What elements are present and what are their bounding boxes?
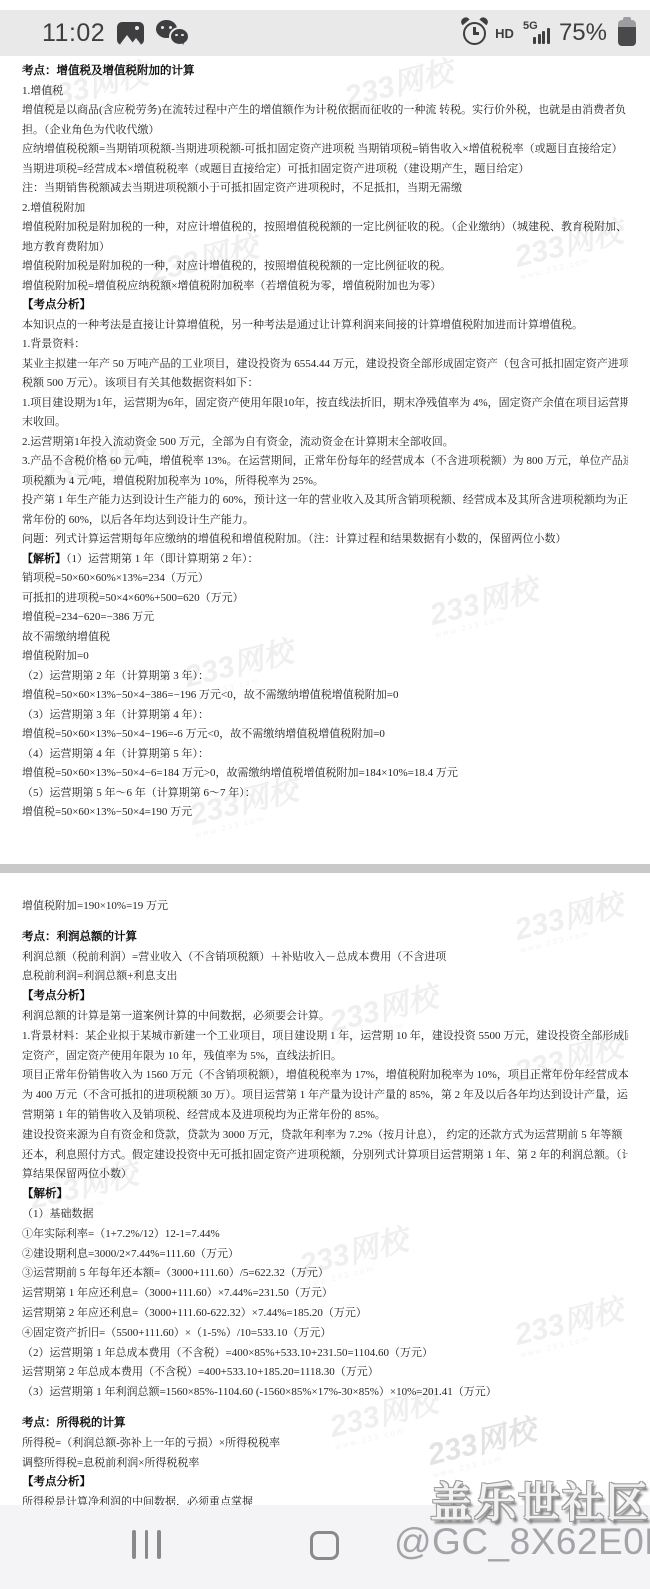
doc-line: 增值税附加税=增值税应纳税额×增值税附加税率（若增值税为零，增值税附加也为零） [22, 277, 628, 297]
doc-line: 项税额为 4 元/吨，增值税附加税率为 10%，所得税率为 25%。 [22, 472, 628, 492]
recents-button[interactable] [132, 1530, 161, 1559]
doc-line: 增值税=50×60×13%−50×4=190 万元 [22, 803, 628, 823]
doc-line: ④固定资产折旧=（5500+111.60）×（1-5%）/10=533.10（万… [22, 1324, 628, 1344]
doc-line: 1.增值税 [22, 82, 628, 102]
doc-line: 建设投资来源为自有资金和贷款，贷款为 3000 万元，贷款年利率为 7.2%（按… [22, 1126, 628, 1146]
doc-line: 2.增值税附加 [22, 199, 628, 219]
alarm-icon [463, 22, 486, 45]
battery-icon [618, 20, 636, 46]
doc-line: 项目正常年份销售收入为 1560 万元（不含销项税额），增值税税率为 17%，增… [22, 1066, 628, 1086]
doc-line: 增值税附加税是附加税的一种，对应计增值税的，按照增值税税额的一定比例征收的税。 [22, 257, 628, 277]
doc-line: 当期进项税=经营成本×增值税税率（或题目直接给定）可抵扣固定资产进项税（建设期产… [22, 160, 628, 180]
doc-line: 考点：增值税及增值税附加的计算 [22, 62, 628, 82]
doc-line: 所得税=（利润总额-弥补上一年的亏损）×所得税税率 [22, 1434, 628, 1454]
doc-line: 可抵扣的进项税=50×4×60%+500=620（万元） [22, 589, 628, 609]
doc-line: 增值税=50×60×13%−50×4−196=-6 万元<0，故不需缴纳增值税增… [22, 725, 628, 745]
doc-line: ①年实际利率=（1+7.2%/12）12-1=7.44% [22, 1225, 628, 1245]
wechat-notification-icon [156, 20, 190, 47]
doc-line: 某业主拟建一年产 50 万吨产品的工业项目，建设投资为 6554.44 万元，建… [22, 355, 628, 375]
signal-5g-icon: 5G [523, 20, 550, 47]
doc-line: 3.产品不含税价格 60 元/吨，增值税率 13%。在运营期间，正常年份每年的经… [22, 452, 628, 472]
doc-line: 常年份的 60%，以后各年均达到设计生产能力。 [22, 511, 628, 531]
doc-line: 问题：列式计算运营期每年应缴纳的增值税和增值税附加。（注：计算过程和结果数据有小… [22, 530, 628, 550]
doc-line: 增值税附加=0 [22, 647, 628, 667]
doc-line: 增值税=234−620=−386 万元 [22, 608, 628, 628]
doc-line: （1）基础数据 [22, 1205, 628, 1225]
doc-line: 【考点分析】 [22, 987, 628, 1007]
signal-bars-icon [533, 28, 550, 44]
phone-screen: 11:02 HD 5G 75% 233网校www.233.com 233网校ww… [0, 0, 650, 1589]
gallery-notification-icon [117, 22, 144, 45]
doc-line: 【解析】 [22, 1185, 628, 1205]
doc-line: 息税前利润=利润总额+利息支出 [22, 967, 628, 987]
user-id-watermark: @GC_8X62E0N [394, 1521, 650, 1563]
doc-line: 末收回。 [22, 413, 628, 433]
doc-line: 本知识点的一种考法是直接让计算增值税，另一种考法是通过让计算利润来间接的计算增值… [22, 316, 628, 336]
doc-line: 投产第 1 年生产能力达到设计生产能力的 60%，预计这一年的营业收入及其所含销… [22, 491, 628, 511]
doc-line: （5）运营期第 5 年～6 年（计算期第 6～7 年）： [22, 784, 628, 804]
doc-line: 应纳增值税税额=当期销项税额-当期进项税额-可抵扣固定资产进项税 当期销项税=销… [22, 140, 628, 160]
doc-line: 考点：所得税的计算 [22, 1414, 628, 1434]
document-page-1: 考点：增值税及增值税附加的计算1.增值税增值税是以商品(含应税劳务)在流转过程中… [0, 62, 650, 823]
status-bar-right: HD 5G 75% [463, 19, 636, 47]
doc-line: 【解析】（1）运营期第 1 年（即计算期第 2 年）： [22, 550, 628, 570]
doc-line: 故不需缴纳增值税 [22, 628, 628, 648]
doc-line: 为 400 万元（不含可抵扣的进项税额 30 万）。项目运营第 1 年产量为设计… [22, 1086, 628, 1106]
home-button[interactable] [310, 1531, 339, 1560]
doc-line: 算结果保留两位小数） [22, 1165, 628, 1185]
doc-line: 运营期第 2 年总成本费用（不含税）=400+533.10+185.20=111… [22, 1363, 628, 1383]
doc-line: ③运营期前 5 年每年还本额=（3000+111.60）/5=622.32（万元… [22, 1264, 628, 1284]
doc-line: 运营期第 1 年应还利息=（3000+111.60）×7.44%=231.50（… [22, 1284, 628, 1304]
document-page-2: 增值税附加=190×10%=19 万元考点：利润总额的计算利润总额（税前利润）=… [0, 873, 650, 1513]
clock-time: 11:02 [42, 19, 105, 48]
doc-line: 2.运营期第1年投入流动资金 500 万元，全部为自有资金，流动资金在计算期末全… [22, 433, 628, 453]
doc-line: ②建设期利息=3000/2×7.44%=111.60（万元） [22, 1245, 628, 1265]
doc-line: （3）运营期第 3 年（计算期第 4 年）： [22, 706, 628, 726]
doc-line: 地方教育费附加） [22, 238, 628, 258]
doc-line: 1.项目建设期为1年，运营期为6年，固定资产使用年限10年，按直线法折旧，期末净… [22, 394, 628, 414]
doc-line: 增值税附加税是附加税的一种，对应计增值税的，按照增值税税额的一定比例征收的税。（… [22, 218, 628, 238]
doc-line: 担。（企业角色为代收代缴） [22, 121, 628, 141]
doc-line: 注：当期销售税额减去当期进项税额小于可抵扣固定资产进项税时，不足抵扣，当期无需缴 [22, 179, 628, 199]
doc-line: 利润总额（税前利润）=营业收入（不含销项税额）＋补贴收入－总成本费用（不含进项 [22, 948, 628, 968]
doc-line: 增值税=50×60×13%−50×4−6=184 万元>0，故需缴纳增值税增值税… [22, 764, 628, 784]
battery-percent: 75% [559, 19, 607, 47]
doc-line: 税额 500 万元）。该项目有关其他数据资料如下： [22, 374, 628, 394]
page-divider [0, 864, 650, 873]
doc-line: 增值税=50×60×13%−50×4−386=−196 万元<0，故不需缴纳增值… [22, 686, 628, 706]
doc-line: （2）运营期第 2 年（计算期第 3 年）： [22, 667, 628, 687]
doc-line: 增值税附加=190×10%=19 万元 [22, 897, 628, 917]
doc-line: 还本，利息照付方式。假定建设投资中无可抵扣固定资产进项税额，分别列式计算项目运营… [22, 1146, 628, 1166]
doc-line: （3）运营期第 1 年利润总额=1560×85%-1104.60 (-1560×… [22, 1383, 628, 1403]
doc-line: 营期第 1 年的销售收入及销项税、经营成本及进项税均为正常年份的 85%。 [22, 1106, 628, 1126]
doc-line: 考点：利润总额的计算 [22, 928, 628, 948]
doc-line: 运营期第 2 年应还利息=（3000+111.60-622.32）×7.44%=… [22, 1304, 628, 1324]
hd-indicator: HD [495, 26, 514, 41]
doc-line: 1.背景材料：某企业拟于某城市新建一个工业项目，项目建设期 1 年，运营期 10… [22, 1027, 628, 1047]
status-bar-left: 11:02 [42, 19, 190, 48]
status-bar: 11:02 HD 5G 75% [0, 10, 650, 56]
doc-line: 定资产，固定资产使用年限为 10 年，残值率为 5%，直线法折旧。 [22, 1047, 628, 1067]
doc-line: 【考点分析】 [22, 296, 628, 316]
doc-line: （2）运营期第 1 年总成本费用（不含税）=400×85%+533.10+231… [22, 1344, 628, 1364]
doc-line: 1.背景资料： [22, 335, 628, 355]
doc-line: 增值税是以商品(含应税劳务)在流转过程中产生的增值额作为计税依据而征收的一种流 … [22, 101, 628, 121]
doc-line: 利润总额的计算是第一道案例计算的中间数据，必须要会计算。 [22, 1007, 628, 1027]
doc-line: 销项税=50×60×60%×13%=234（万元） [22, 569, 628, 589]
doc-line: （4）运营期第 4 年（计算期第 5 年）： [22, 745, 628, 765]
